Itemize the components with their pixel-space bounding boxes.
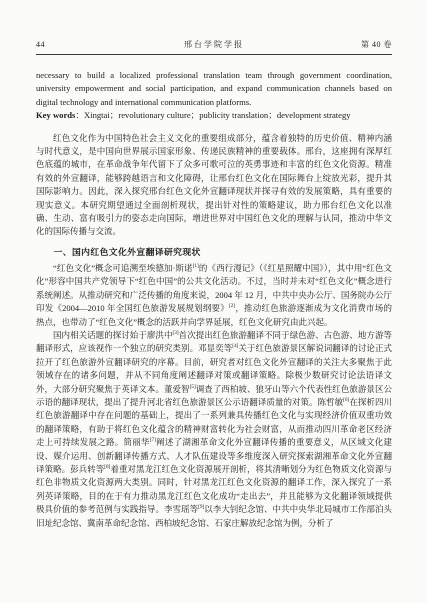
page-header: 44 邢台学院学报 第 40 卷 — [36, 40, 392, 50]
volume-number: 第 40 卷 — [332, 40, 392, 50]
article-body: necessary to build a localized professio… — [36, 69, 392, 530]
header-divider — [36, 54, 392, 55]
keywords-text: ：Xingtai；revolutionary culture；publicity… — [75, 110, 350, 120]
intro-paragraph: 红色文化作为中国特色社会主义文化的重要组成部分，蕴含着独特的历史价值、精神内涵与… — [36, 132, 392, 239]
page-number: 44 — [36, 40, 96, 50]
abstract-english-continuation: necessary to build a localized professio… — [36, 69, 392, 109]
keywords-line: Key words：Xingtai；revolutionary culture；… — [36, 109, 392, 122]
keywords-label: Key words — [36, 110, 75, 120]
paragraph-red-culture-concept: “红色文化”概念可追溯至埃德加·斯诺[1]的《西行漫记》（《红星照耀中国》），其… — [36, 262, 392, 329]
paragraph-domestic-research-review: 国内相关话题的探讨始于廖洪中[3]首次提出红色旅游翻译不同于绿色游、古色游、地方… — [36, 329, 392, 530]
journal-title: 邢台学院学报 — [96, 40, 332, 50]
journal-page: 44 邢台学院学报 第 40 卷 necessary to build a lo… — [0, 0, 427, 603]
section-heading: 一、国内红色文化外宣翻译研究现状 — [36, 246, 392, 259]
